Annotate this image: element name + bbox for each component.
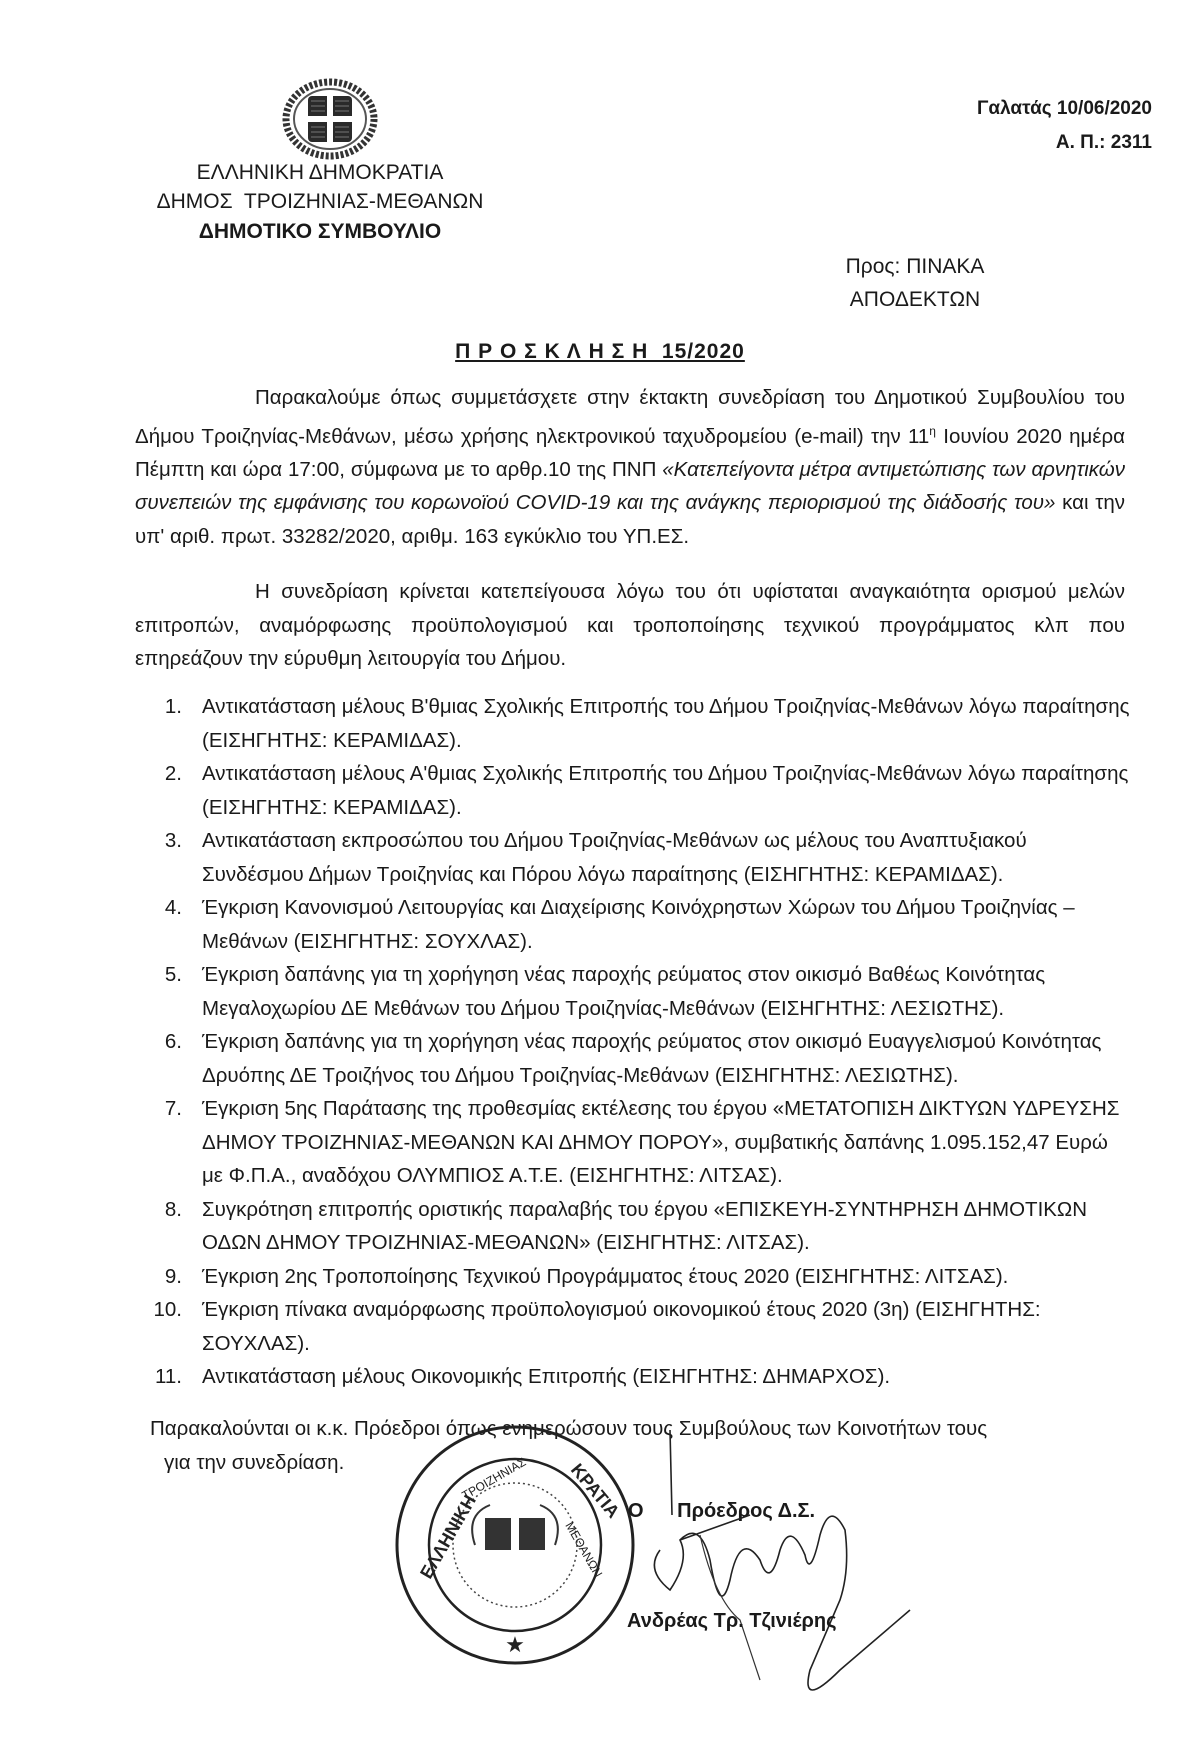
recipient-line-2: ΑΠΟΔΕΚΤΩΝ — [840, 283, 990, 316]
document-meta: Γαλατάς 10/06/2020 Α. Π.: 2311 — [977, 92, 1152, 160]
agenda-item-number: 10. — [140, 1293, 192, 1327]
handwritten-signature-icon — [640, 1420, 920, 1720]
greek-coat-of-arms-icon — [282, 78, 378, 160]
agenda-item: 3.Αντικατάσταση εκπροσώπου του Δήμου Τρο… — [140, 824, 1130, 891]
agenda-item: 8.Συγκρότηση επιτροπής οριστικής παραλαβ… — [140, 1193, 1130, 1260]
agenda-item-text: Αντικατάσταση μέλους Οικονομικής Επιτροπ… — [202, 1365, 890, 1388]
agenda-item: 1.Αντικατάσταση μέλους Β'θμιας Σχολικής … — [140, 690, 1130, 757]
invitation-paragraph: Παρακαλούμε όπως συμμετάσχετε στην έκτακ… — [135, 381, 1125, 553]
council-name: ΔΗΜΟΤΙΚΟ ΣΥΜΒΟΥΛΙΟ — [150, 217, 490, 247]
protocol-number: Α. Π.: 2311 — [977, 126, 1152, 160]
agenda-item-text: Αντικατάσταση εκπροσώπου του Δήμου Τροιζ… — [202, 829, 1027, 886]
signatory-name: Ανδρέας Τρ. Τζινιέρης — [627, 1610, 837, 1633]
place-date: Γαλατάς 10/06/2020 — [977, 92, 1152, 126]
agenda-item: 5.Έγκριση δαπάνης για τη χορήγηση νέας π… — [140, 958, 1130, 1025]
title-text: Π Ρ Ο Σ Κ Λ Η Σ Η 15/2020 — [455, 340, 745, 363]
agenda-item-number: 1. — [140, 690, 192, 724]
municipal-seal-stamp-icon: ★ ΕΛΛΗΝΙΚΗ ΚΡΑΤΙΑ ΤΡΟΙΖΗΝΙΑΣ ΜΕΘΑΝΩΝ — [390, 1420, 640, 1670]
agenda-item: 11.Αντικατάσταση μέλους Οικονομικής Επιτ… — [140, 1360, 1130, 1394]
agenda-item: 10.Έγκριση πίνακα αναμόρφωσης προϋπολογι… — [140, 1293, 1130, 1360]
agenda-item: 9.Έγκριση 2ης Τροποποίησης Τεχνικού Προγ… — [140, 1260, 1130, 1294]
agenda-item-text: Έγκριση πίνακα αναμόρφωσης προϋπολογισμο… — [202, 1298, 1041, 1355]
agenda-item-number: 11. — [140, 1360, 192, 1394]
agenda-item-number: 9. — [140, 1260, 192, 1294]
agenda-item-number: 6. — [140, 1025, 192, 1059]
agenda-item-text: Αντικατάσταση μέλους Β'θμιας Σχολικής Επ… — [202, 695, 1130, 752]
svg-text:ΕΛΛΗΝΙΚΗ: ΕΛΛΗΝΙΚΗ — [416, 1491, 480, 1582]
agenda-item: 4.Έγκριση Κανονισμού Λειτουργίας και Δια… — [140, 891, 1130, 958]
urgency-paragraph: Η συνεδρίαση κρίνεται κατεπείγουσα λόγω … — [135, 575, 1125, 676]
country-name: ΕΛΛΗΝΙΚΗ ΔΗΜΟΚΡΑΤΙΑ — [150, 158, 490, 188]
agenda-item-number: 4. — [140, 891, 192, 925]
agenda-item-text: Έγκριση 5ης Παράτασης της προθεσμίας εκτ… — [202, 1097, 1119, 1187]
svg-text:★: ★ — [505, 1632, 525, 1657]
recipient-block: Προς: ΠΙΝΑΚΑ ΑΠΟΔΕΚΤΩΝ — [840, 250, 990, 316]
municipality-name: ΔΗΜΟΣ ΤΡΟΙΖΗΝΙΑΣ-ΜΕΘΑΝΩΝ — [150, 187, 490, 217]
agenda-item-number: 3. — [140, 824, 192, 858]
agenda-item-text: Έγκριση Κανονισμού Λειτουργίας και Διαχε… — [202, 896, 1075, 953]
ordinal-superscript: η — [929, 424, 936, 438]
agenda-item: 2.Αντικατάσταση μέλους Α'θμιας Σχολικής … — [140, 757, 1130, 824]
agenda-item: 6. Έγκριση δαπάνης για τη χορήγηση νέας … — [140, 1025, 1130, 1092]
agenda-item-number: 8. — [140, 1193, 192, 1227]
agenda-item-number: 7. — [140, 1092, 192, 1126]
agenda-item-number: 5. — [140, 958, 192, 992]
agenda-item-text: Έγκριση δαπάνης για τη χορήγηση νέας παρ… — [202, 963, 1045, 1020]
agenda-item: 7.Έγκριση 5ης Παράτασης της προθεσμίας ε… — [140, 1092, 1130, 1193]
agenda-list: 1.Αντικατάσταση μέλους Β'θμιας Σχολικής … — [140, 690, 1130, 1394]
agenda-item-text: Αντικατάσταση μέλους Α'θμιας Σχολικής Επ… — [202, 762, 1128, 819]
recipient-line-1: Προς: ΠΙΝΑΚΑ — [840, 250, 990, 283]
agenda-item-text: Έγκριση 2ης Τροποποίησης Τεχνικού Προγρά… — [202, 1265, 1008, 1288]
document-title: Π Ρ Ο Σ Κ Λ Η Σ Η 15/2020 — [0, 340, 1200, 364]
agenda-item-number: 2. — [140, 757, 192, 791]
agenda-item-text: Συγκρότηση επιτροπής οριστικής παραλαβής… — [202, 1198, 1087, 1255]
agenda-item-text: Έγκριση δαπάνης για τη χορήγηση νέας παρ… — [202, 1030, 1101, 1087]
